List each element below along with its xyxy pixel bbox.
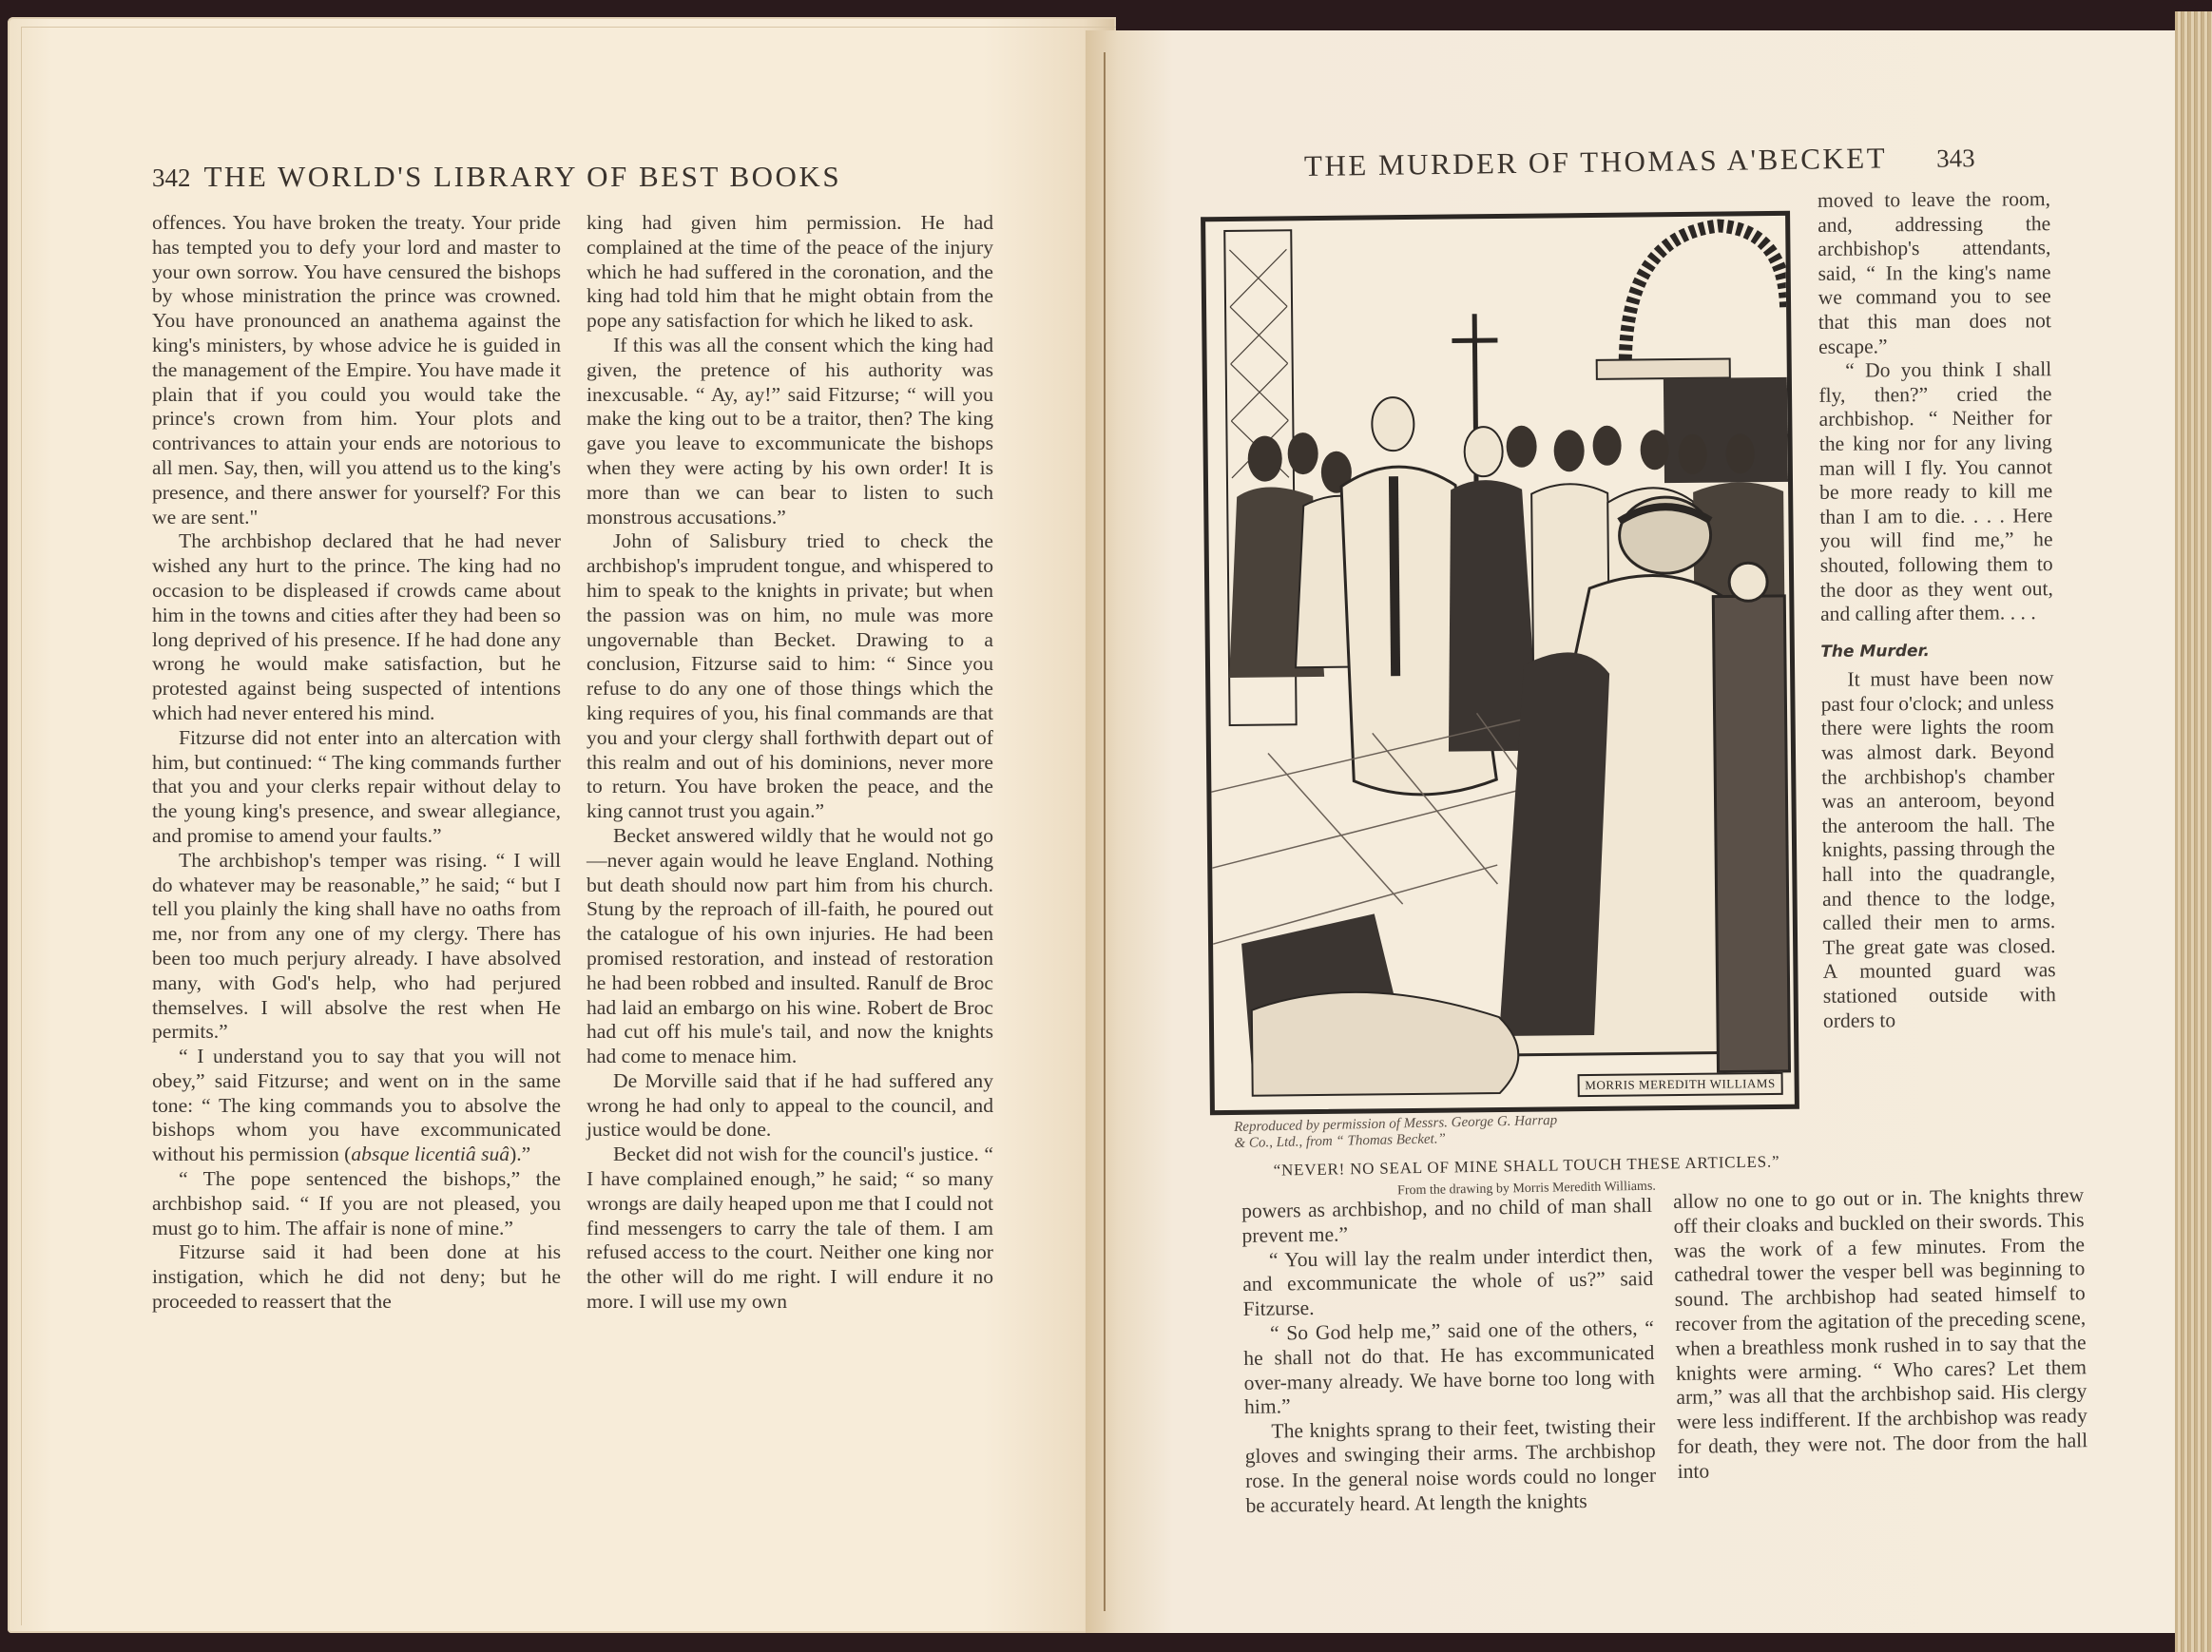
latin-phrase: absque licentiâ suâ — [351, 1143, 510, 1165]
artist-signature: MORRIS MEREDITH WILLIAMS — [1577, 1072, 1783, 1097]
paragraph: “ Do you think I shall fly, then?” cried… — [1818, 357, 2053, 626]
right-title: THE MURDER OF THOMAS A'BECKET — [1304, 141, 1888, 182]
paragraph: “ So God help me,” said one of the other… — [1243, 1316, 1655, 1420]
left-title: THE WORLD'S LIBRARY OF BEST BOOKS — [204, 160, 842, 193]
paragraph-text: ).” — [510, 1143, 530, 1165]
paragraph: offences. You have broken the treaty. Yo… — [152, 211, 561, 529]
left-running-head: 342THE WORLD'S LIBRARY OF BEST BOOKS — [152, 160, 841, 194]
paragraph: Fitzurse said it had been done at his in… — [152, 1240, 561, 1314]
book-gutter — [1104, 52, 1106, 1611]
paragraph: moved to leave the room, and, addressing… — [1818, 187, 2051, 359]
paragraph: “ You will lay the realm under interdict… — [1242, 1243, 1654, 1322]
right-bottom-column-2: allow no one to go out or in. The knight… — [1673, 1183, 2088, 1484]
paragraph: powers as archbishop, and no child of ma… — [1241, 1194, 1653, 1249]
paragraph: Becket did not wish for the council's ju… — [587, 1143, 993, 1315]
illustration-becket: MORRIS MEREDITH WILLIAMS — [1201, 211, 1799, 1115]
paragraph: It must have been now past four o'clock;… — [1820, 666, 2056, 1033]
paragraph: De Morville said that if he had suffered… — [587, 1069, 993, 1143]
paragraph: If this was all the consent which the ki… — [587, 334, 993, 529]
illustration-drawing — [1205, 216, 1795, 1110]
left-column-2: king had given him permission. He had co… — [587, 211, 993, 1315]
paragraph: Fitzurse did not enter into an altercati… — [152, 726, 561, 849]
paragraph: “ The pope sentenced the bishops,” the a… — [152, 1167, 561, 1240]
paragraph: The knights sprang to their feet, twisti… — [1244, 1414, 1656, 1518]
paragraph: “ I understand you to say that you will … — [152, 1045, 561, 1167]
paragraph: allow no one to go out or in. The knight… — [1673, 1183, 2088, 1484]
page-edges — [2175, 11, 2212, 1652]
right-bottom-column-1: powers as archbishop, and no child of ma… — [1241, 1194, 1657, 1518]
section-heading: The Murder. — [1820, 639, 2053, 664]
paragraph: The archbishop declared that he had neve… — [152, 529, 561, 725]
paragraph: Becket answered wildly that he would not… — [587, 824, 993, 1069]
paragraph: king had given him permission. He had co… — [587, 211, 993, 334]
page-number-right: 343 — [1936, 144, 1975, 173]
paragraph: John of Salisbury tried to check the arc… — [587, 529, 993, 824]
right-side-column: moved to leave the room, and, addressing… — [1818, 187, 2056, 1033]
paragraph: The archbishop's temper was rising. “ I … — [152, 849, 561, 1045]
page-number-left: 342 — [152, 163, 191, 192]
left-column-1: offences. You have broken the treaty. Yo… — [152, 211, 561, 1315]
